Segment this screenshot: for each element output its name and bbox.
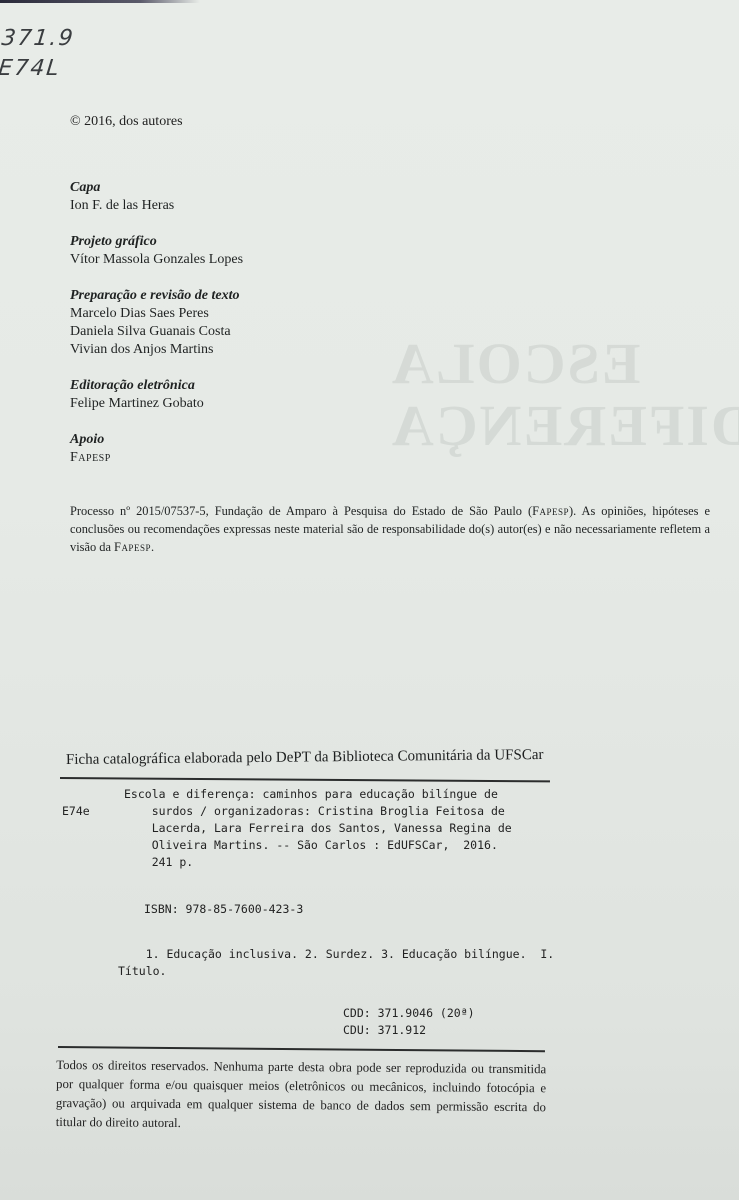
credit-role: Capa — [70, 179, 390, 197]
rights-notice: Todos os direitos reservados. Nenhuma pa… — [56, 1056, 547, 1136]
handwritten-class-number: 371.9 — [0, 24, 76, 54]
credit-name: Ion F. de las Heras — [70, 197, 390, 215]
credit-name: Fapesp — [70, 449, 390, 467]
credit-role: Projeto gráfico — [70, 233, 390, 251]
catalog-call-number: E74e — [62, 803, 90, 820]
scan-top-edge — [0, 0, 200, 3]
credit-name: Daniela Silva Guanais Costa — [70, 323, 390, 341]
credit-role: Apoio — [70, 431, 390, 449]
catalog-card-bottom-rule — [58, 1046, 545, 1052]
credit-name: Marcelo Dias Saes Peres — [70, 305, 390, 323]
show-through-text: ESCOLA — [390, 330, 641, 397]
credit-graphic-design: Projeto gráfico Vítor Massola Gonzales L… — [70, 233, 390, 269]
show-through-text: DIFERENÇA — [390, 392, 739, 459]
catalog-entry-line: Oliveira Martins. -- São Carlos : EdUFSC… — [124, 837, 544, 854]
classification-codes: CDD: 371.9046 (20ª)CDU: 371.912 — [343, 1005, 475, 1039]
catalog-entry: Escola e diferença: caminhos para educaç… — [124, 786, 544, 871]
credit-role: Preparação e revisão de texto — [70, 287, 390, 305]
catalog-entry-line: surdos / organizadoras: Cristina Broglia… — [124, 803, 544, 820]
catalog-card-title: Ficha catalográfica elaborada pelo DePT … — [66, 747, 546, 769]
cdu-code: CDU: 371.912 — [343, 1022, 475, 1039]
credits-list: Capa Ion F. de las Heras Projeto gráfico… — [70, 179, 390, 485]
credit-cover: Capa Ion F. de las Heras — [70, 179, 390, 215]
credit-text-revision: Preparação e revisão de texto Marcelo Di… — [70, 287, 390, 359]
handwritten-cutter-number: E74L — [0, 54, 73, 84]
credit-electronic-editing: Editoração eletrônica Felipe Martinez Go… — [70, 377, 390, 413]
catalog-entry-line: Lacerda, Lara Ferreira dos Santos, Vanes… — [124, 820, 544, 837]
catalog-entry-line: Escola e diferença: caminhos para educaç… — [124, 786, 544, 803]
credit-name: Vítor Massola Gonzales Lopes — [70, 251, 390, 269]
credit-name: Vivian dos Anjos Martins — [70, 341, 390, 359]
funding-disclaimer: Processo nº 2015/07537-5, Fundação de Am… — [70, 502, 710, 556]
cdd-code: CDD: 371.9046 (20ª) — [343, 1005, 475, 1022]
catalog-subjects: 1. Educação inclusiva. 2. Surdez. 3. Edu… — [118, 946, 554, 980]
credit-name: Felipe Martinez Gobato — [70, 395, 390, 413]
credit-role: Editoração eletrônica — [70, 377, 390, 395]
catalog-entry-line: 241 p. — [124, 854, 544, 871]
catalog-card-top-rule — [60, 777, 550, 782]
credit-support: Apoio Fapesp — [70, 431, 390, 467]
copyright-line: © 2016, dos autores — [70, 114, 183, 130]
isbn: ISBN: 978-85-7600-423-3 — [144, 901, 303, 918]
handwritten-call-number: 371.9 E74L — [0, 24, 76, 84]
